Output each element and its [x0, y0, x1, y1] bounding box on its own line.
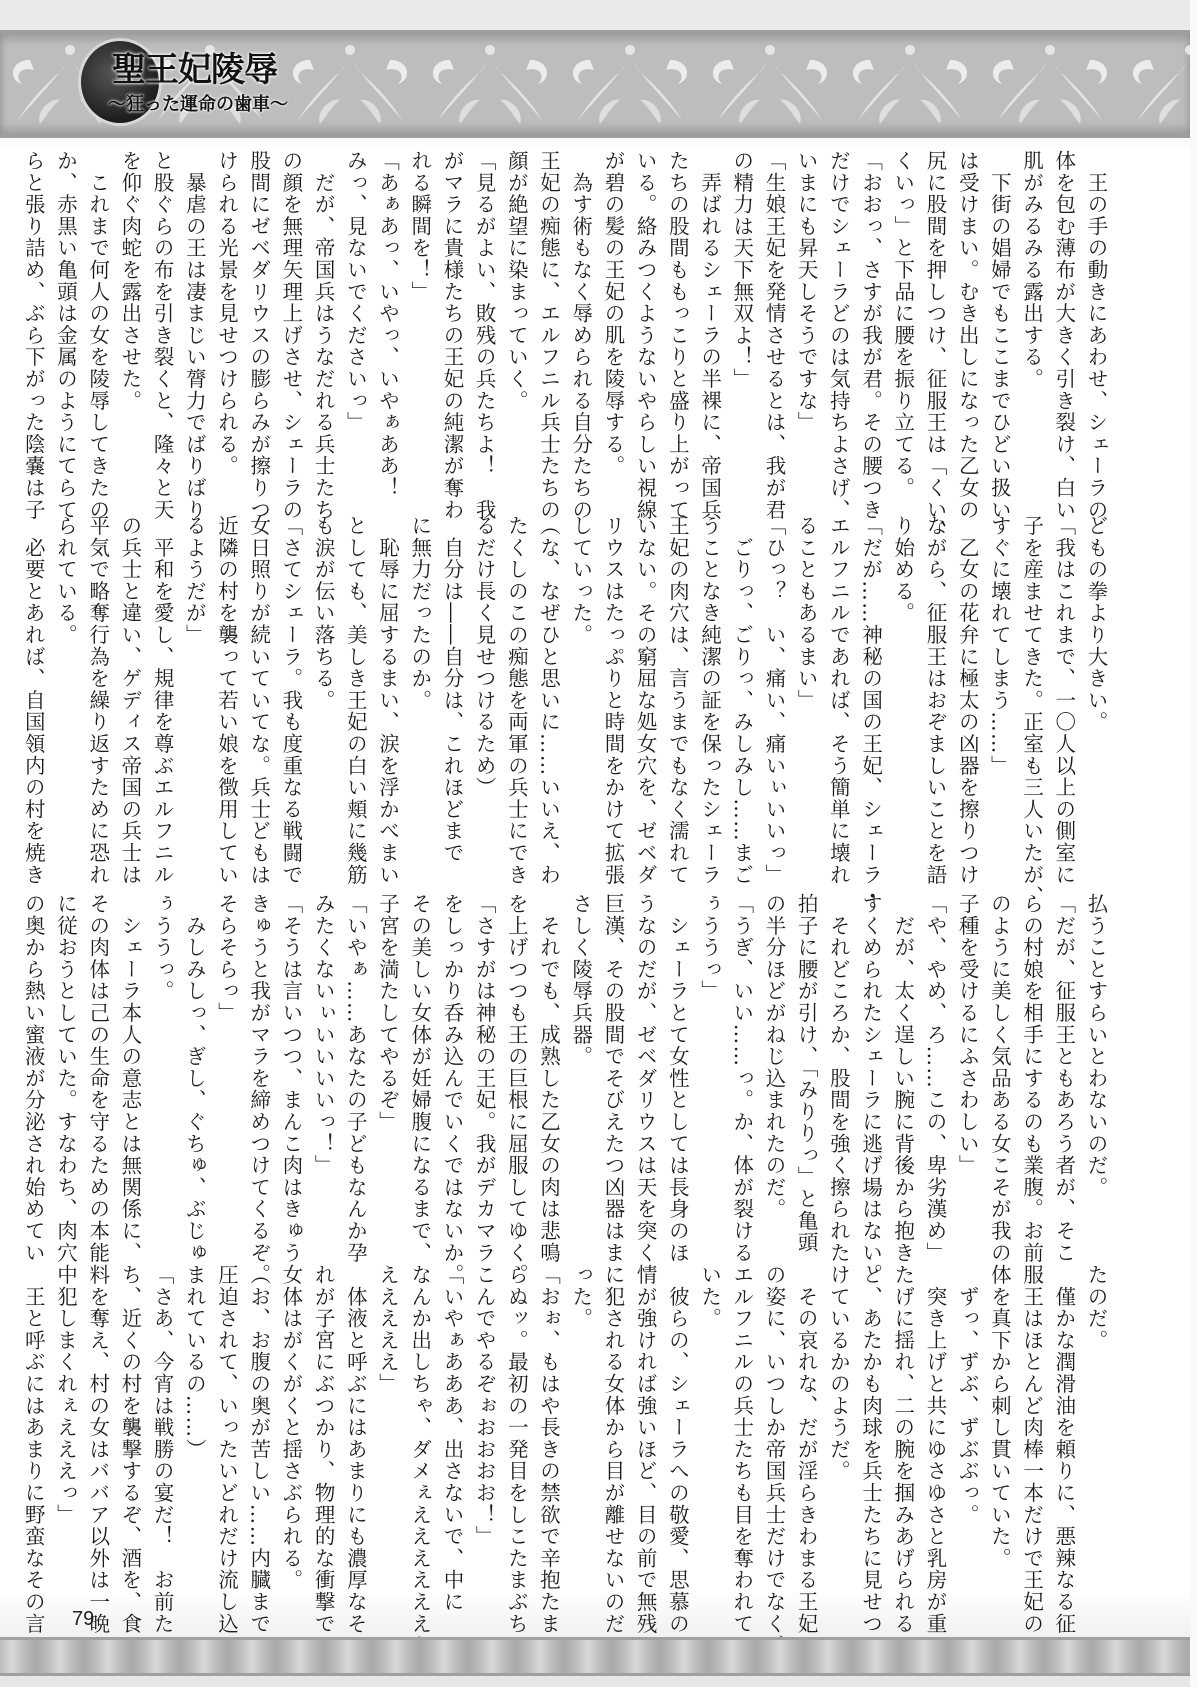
- text-column: さしく陵辱兵器。: [565, 893, 597, 1228]
- text-column: の兵士と違い、ゲディス帝国の兵士は: [114, 515, 146, 850]
- text-column: こんでやるぞぉおおおお！」: [468, 1264, 500, 1599]
- page-edge: [1190, 0, 1197, 1687]
- text-column: も涙が伝い落ちる。: [307, 515, 339, 850]
- text-column: その肉体は己の生命を守るための本能: [82, 893, 114, 1228]
- text-column: 体を包む薄布が大きく引き裂け、白い: [1048, 150, 1080, 485]
- text-column: 巨漢、その股間でそびえたつ凶器はま: [597, 893, 629, 1228]
- text-column: ごりっ、ごりっ、みしみし……まご: [726, 515, 758, 850]
- text-column: たのだ。: [1080, 1264, 1112, 1599]
- text-column: 平気で略奪行為を繰り返すために恐れ: [82, 515, 114, 850]
- text-column: 平和を愛し、規律を尊ぶエルフニル: [146, 515, 178, 850]
- text-column: きゅうと我がマラを締めつけてくるぞ。: [243, 893, 275, 1228]
- text-column: 「さあ、今宵は戦勝の宴だ！ お前た: [146, 1264, 178, 1599]
- text-column: その美しい女体が妊婦腹になるまで、: [404, 893, 436, 1228]
- chapter-title-block: 聖王妃陵辱 〜狂った運命の歯車〜: [78, 34, 278, 130]
- text-column: 情が強ければ強いほど、目の前で無残: [629, 1264, 661, 1599]
- fleur-ornament-icon: [700, 40, 840, 128]
- text-column: たげに揺れ、二の腕を掴みあげられる: [887, 1264, 919, 1599]
- text-column: った。: [565, 1264, 597, 1599]
- text-column: 王妃の痴態に、エルフニル兵士たちの: [532, 150, 564, 485]
- text-column: 必要とあれば、自国領内の村を焼き: [17, 515, 49, 850]
- text-column: の姿に、いつしか帝国兵士だけでなく、: [758, 1264, 790, 1599]
- text-column: 乙女の花弁に極太の凶器を擦りつけ: [951, 515, 983, 850]
- text-column: 「生娘王妃を発情させるとは、我が君: [758, 150, 790, 485]
- text-column: 肌がみるみる露出する。: [1015, 150, 1047, 485]
- text-column: 「おぉ、もはや長きの禁欲で辛抱たま: [532, 1264, 564, 1599]
- text-column: ち、近くの村を襲撃するぞ、酒を、食: [114, 1264, 146, 1599]
- text-column: ることもあるまい」: [790, 515, 822, 850]
- text-column: の顔を無理矢理上げさせ、シェーラの: [275, 150, 307, 485]
- text-column: 圧迫されて、いったいどれだけ流し込: [210, 1264, 242, 1599]
- fleur-ornament-icon: [420, 40, 560, 128]
- text-column: 恥辱に屈するまい、涙を浮かべまい: [371, 515, 403, 850]
- text-column: くいっ」と下品に腰を振り立てる。: [887, 150, 919, 485]
- text-column: （な、なぜひと思いに……いいえ、わ: [532, 515, 564, 850]
- text-column: 「我はこれまで、一〇人以上の側室に: [1048, 515, 1080, 850]
- text-tier-1: 王の手の動きにあわせ、シェーラの体を包む薄布が大きく引き裂け、白い肌がみるみる露…: [72, 150, 1112, 485]
- text-column: 突き上げと共にゆさゆさと乳房が重: [919, 1264, 951, 1599]
- fleur-ornament-icon: [980, 40, 1120, 128]
- text-column: 「おおっ、さすが我が君。その腰つき: [854, 150, 886, 485]
- footer-ornament-banner: [0, 1637, 1190, 1676]
- text-column: 子を産ませてきた。正室も三人いたが、: [1015, 515, 1047, 850]
- text-column: 服王はほとんど肉棒一本だけで王妃の: [1015, 1264, 1047, 1599]
- text-column: 「ひっ？ い、痛い、痛いぃいいっ」: [758, 515, 790, 850]
- text-tier-2: どもの拳より大きい。「我はこれまで、一〇人以上の側室に子を産ませてきた。正室も三…: [72, 515, 1112, 850]
- text-column: り始める。: [887, 515, 919, 850]
- text-column: 尻に股間を押しつけ、征服王は「くい、: [919, 150, 951, 485]
- text-column: 「いやぁあああ、出さないで、中に: [436, 1264, 468, 1599]
- book-page: 聖王妃陵辱 〜狂った運命の歯車〜 王の手の動きにあわせ、シェーラの体を包む薄布が…: [0, 0, 1197, 1687]
- text-column: 体を真下から刺し貫いていた。: [983, 1264, 1015, 1599]
- text-column: は受けまい。むき出しになった乙女の: [951, 150, 983, 485]
- text-column: に犯される女体から目が離せないのだ: [597, 1264, 629, 1599]
- text-column: リウスはたっぷりと時間をかけて拡張: [597, 515, 629, 850]
- text-column: と、あたかも肉球を兵士たちに見せつ: [854, 1264, 886, 1599]
- text-column: していった。: [565, 515, 597, 850]
- text-column: 自分は――自分は、これほどまで: [436, 515, 468, 850]
- text-column: としても、美しき王妃の白い頬に幾筋: [339, 515, 371, 850]
- text-column: （お、お腹の奥が苦しい……内臓まで: [243, 1264, 275, 1599]
- fleur-ornament-icon: [840, 40, 980, 128]
- text-column: すぐに壊れてしまう……」: [983, 515, 1015, 850]
- text-column: うことなき純潔の証を保ったシェーラ: [693, 515, 725, 850]
- text-column: 「だが、征服王ともあろう者が、そこ: [1048, 893, 1080, 1228]
- text-column: みしみしっ、ぎし、ぐちゅ、ぶじゅ: [178, 893, 210, 1228]
- text-column: るようだが」: [178, 515, 210, 850]
- text-column: 弄ばれるシェーラの半裸に、帝国兵: [693, 150, 725, 485]
- text-column: どもの拳より大きい。: [1080, 515, 1112, 850]
- book-title: 聖王妃陵辱: [112, 42, 277, 91]
- text-column: いない。その窮屈な処女穴を、ゼベダ: [629, 515, 661, 850]
- text-column: をしっかり呑み込んでいくではないか。: [436, 893, 468, 1228]
- text-column: 「見るがよい、敗残の兵たちよ！ 我: [468, 150, 500, 485]
- text-column: ぅううっ。: [146, 893, 178, 1228]
- text-column: を仰ぐ肉蛇を露出させた。: [114, 150, 146, 485]
- text-column: 体液と呼ぶにはあまりにも濃厚なそ: [339, 1264, 371, 1599]
- text-column: 近隣の村を襲って若い娘を徴用してい: [210, 515, 242, 850]
- text-column: それどころか、股間を強く擦られた: [822, 893, 854, 1228]
- text-column: 「だが……神秘の国の王妃、シェーラ・: [854, 515, 886, 850]
- text-column: えええええ」: [371, 1264, 403, 1599]
- text-column: 拍子に腰が引け、「みりりっ」と亀頭: [790, 893, 822, 1228]
- text-column: 下街の娼婦でもここまでひどい扱い: [983, 150, 1015, 485]
- text-column: ながら、征服王はおぞましいことを語: [919, 515, 951, 850]
- text-column: らの村娘を相手にするのも業腹。お前: [1015, 893, 1047, 1228]
- text-column: けているかのようだ。: [822, 1264, 854, 1599]
- text-column: れが子宮にぶつかり、物理的な衝撃で: [307, 1264, 339, 1599]
- text-column: すくめられたシェーラに逃げ場はない。: [854, 893, 886, 1228]
- text-column: いる。絡みつくようないやらしい視線: [629, 150, 661, 485]
- text-column: のように美しく気品ある女こそが我の: [983, 893, 1015, 1228]
- text-column: たくしのこの痴態を両軍の兵士にでき: [500, 515, 532, 850]
- text-column: まれているの……）: [178, 1264, 210, 1599]
- text-column: 料を奪え、村の女はババア以外は一晩: [82, 1264, 114, 1599]
- text-column: 「いやぁ……あなたの子どもなんか孕: [339, 893, 371, 1228]
- text-column: シェーラ本人の意志とは無関係に、: [114, 893, 146, 1228]
- text-column: その哀れな、だが淫らきわまる王妃: [790, 1264, 822, 1599]
- text-column: 払うことすらいとわないのだ。: [1080, 893, 1112, 1228]
- text-column: 中犯しまくれぇえええっ」: [49, 1264, 81, 1599]
- text-column: だが、太く逞しい腕に背後から抱き: [887, 893, 919, 1228]
- text-column: ずっ、ずぶ、ずぶぶっ。: [951, 1264, 983, 1599]
- text-column: か、赤黒い亀頭は金属のようにてらて: [49, 150, 81, 485]
- text-column: 「そうは言いつつ、まんこ肉はきゅう: [275, 893, 307, 1228]
- fleur-ornament-icon: [280, 40, 420, 128]
- text-column: エルフニルの兵士たちも目を奪われて: [726, 1264, 758, 1599]
- text-column: を上げつつも王の巨根に屈服してゆく。: [500, 893, 532, 1228]
- text-column: 子種を受けるにふさわしい」: [951, 893, 983, 1228]
- text-tier-3: 払うことすらいとわないのだ。「だが、征服王ともあろう者が、そこらの村娘を相手にす…: [72, 893, 1112, 1228]
- text-column: これまで何人の女を陵辱してきたの: [82, 150, 114, 485]
- book-subtitle: 〜狂った運命の歯車〜: [108, 90, 288, 116]
- fleur-ornament-icon: [560, 40, 700, 128]
- text-column: エルフニルであれば、そう簡単に壊れ: [822, 515, 854, 850]
- text-column: 顔が絶望に染まっていく。: [500, 150, 532, 485]
- text-column: シェーラとて女性としては長身のほ: [661, 893, 693, 1228]
- text-column: 「さてシェーラ。我も度重なる戦闘で: [275, 515, 307, 850]
- text-column: みっ、見ないでくださいっ」: [339, 150, 371, 485]
- fleur-ornament-icon: [1120, 40, 1190, 128]
- text-column: 彼らの、シェーラへの敬愛、思慕の: [661, 1264, 693, 1599]
- text-column: 暴虐の王は凄まじい膂力でばりばり: [178, 150, 210, 485]
- text-column: 子宮を満たしてやるぞ」: [371, 893, 403, 1228]
- text-column: に従おうとしていた。すなわち、肉穴: [49, 893, 81, 1228]
- text-tier-4: たのだ。 僅かな潤滑油を頼りに、悪辣なる征服王はほとんど肉棒一本だけで王妃の体を…: [72, 1264, 1112, 1599]
- text-column: が碧の髪の王妃の肌を陵辱する。: [597, 150, 629, 485]
- text-column: いまにも昇天しそうですな」: [790, 150, 822, 485]
- text-column: 股間にゼベダリウスの膨らみが擦りつ: [243, 150, 275, 485]
- text-column: の半分ほどがねじ込まれたのだ。: [758, 893, 790, 1228]
- text-column: 僅かな潤滑油を頼りに、悪辣なる征: [1048, 1264, 1080, 1599]
- text-column: 為す術もなく辱められる自分たちの: [565, 150, 597, 485]
- text-column: 王と呼ぶにはあまりに野蛮なその言: [17, 1264, 49, 1599]
- page-number: 79: [72, 1608, 94, 1631]
- text-column: に無力だったのか。: [404, 515, 436, 850]
- text-column: るだけ長く見せつけるため）: [468, 515, 500, 850]
- text-column: だけでシェーラどのは気持ちよさげ、: [822, 150, 854, 485]
- text-column: らと張り詰め、ぶら下がった陰嚢は子: [17, 150, 49, 485]
- text-column: そらそらっ」: [210, 893, 242, 1228]
- text-column: がマラに貴様たちの王妃の純潔が奪わ: [436, 150, 468, 485]
- text-column: られている。: [49, 515, 81, 850]
- text-column: 「あぁあっ、いやっ、いやぁああ！: [371, 150, 403, 485]
- text-column: ぅううっ」: [693, 893, 725, 1228]
- text-column: みたくないぃいいいいっ！」: [307, 893, 339, 1228]
- text-column: 女体はがくがくと揺さぶられる。: [275, 1264, 307, 1599]
- text-column: けられる光景を見せつけられる。: [210, 150, 242, 485]
- text-column: それでも、成熟した乙女の肉は悲鳴: [532, 893, 564, 1228]
- text-column: と股ぐらの布を引き裂くと、隆々と天: [146, 150, 178, 485]
- text-column: 女日照りが続いていてな。兵士どもは: [243, 515, 275, 850]
- text-column: うなのだが、ゼベダリウスは天を突く: [629, 893, 661, 1228]
- text-column: らぬッ。最初の一発目をしこたまぶち: [500, 1264, 532, 1599]
- text-column: 「うぎ、いい……っ。か、体が裂ける: [726, 893, 758, 1228]
- text-column: 王の手の動きにあわせ、シェーラの: [1080, 150, 1112, 485]
- text-column: 王妃の肉穴は、言うまでもなく濡れて: [661, 515, 693, 850]
- text-column: たちの股間ももっこりと盛り上がって: [661, 150, 693, 485]
- text-column: なんか出しちゃ、ダメぇえええええええ: [404, 1264, 436, 1599]
- text-column: いた。: [693, 1264, 725, 1599]
- text-column: だが、帝国兵はうなだれる兵士たち: [307, 150, 339, 485]
- text-column: れる瞬間を！」: [404, 150, 436, 485]
- text-column: 「さすがは神秘の王妃。我がデカマラ: [468, 893, 500, 1228]
- text-column: の奥から熱い蜜液が分泌され始めてい: [17, 893, 49, 1228]
- text-column: の精力は天下無双よ！」: [726, 150, 758, 485]
- text-column: 「や、やめ、ろ……この、卑劣漢め」: [919, 893, 951, 1228]
